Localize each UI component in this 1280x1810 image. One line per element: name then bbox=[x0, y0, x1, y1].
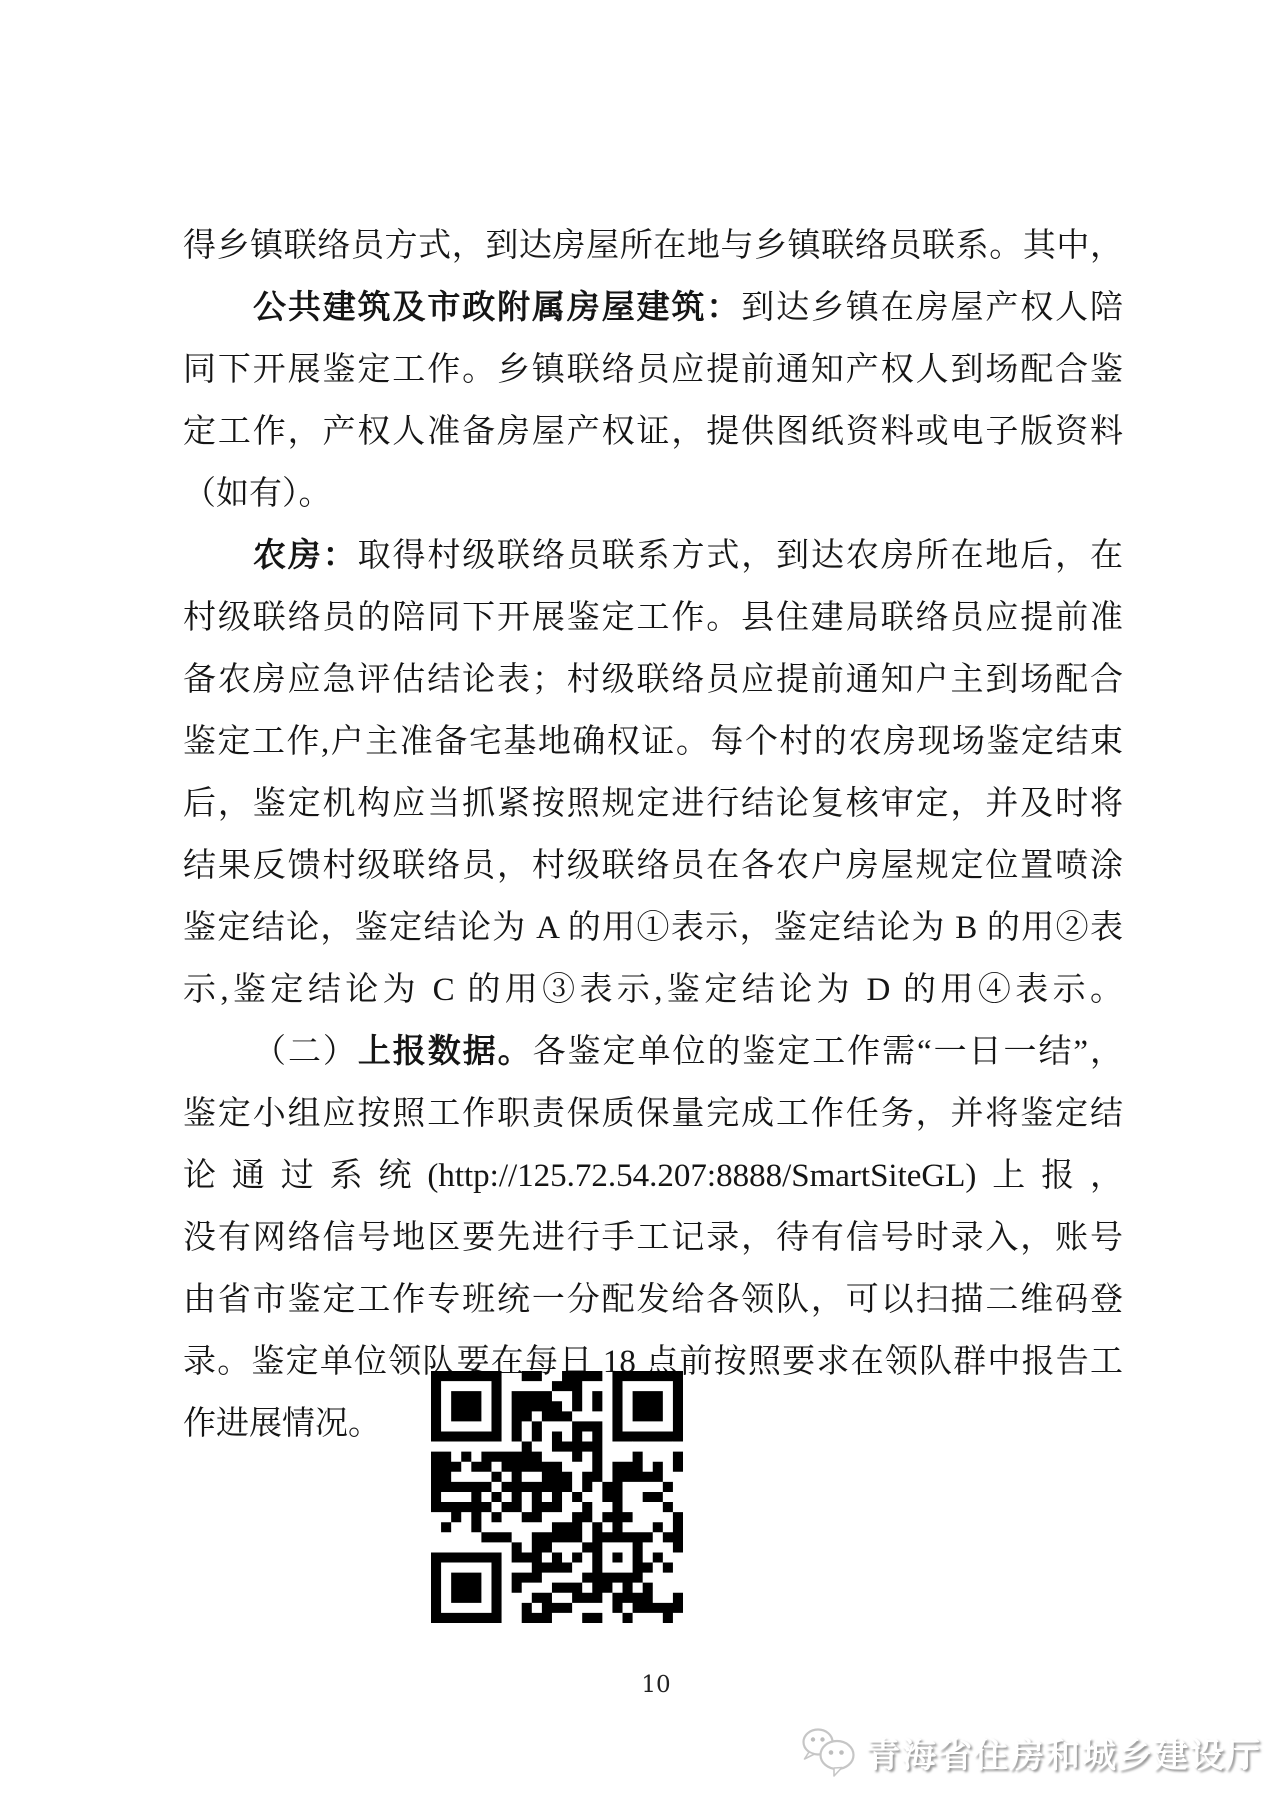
text-line: 备农房应急评估结论表；村级联络员应提前通知户主到场配合 bbox=[183, 649, 1123, 711]
text-segment: 后，鉴定机构应当抓紧按照规定进行结论复核审定，并及时将 bbox=[183, 786, 1123, 822]
text-segment: 村级联络员的陪同下开展鉴定工作。县住建局联络员应提前准 bbox=[183, 600, 1123, 636]
login-qr-code bbox=[431, 1371, 683, 1623]
text-line: 公共建筑及市政附属房屋建筑：到达乡镇在房屋产权人陪 bbox=[183, 277, 1123, 339]
text-line: 示,鉴定结论为 C 的用③表示,鉴定结论为 D 的用④表示。 bbox=[183, 959, 1123, 1021]
text-line: 农房：取得村级联络员联系方式，到达农房所在地后，在 bbox=[183, 525, 1123, 587]
text-line: 定工作，产权人准备房屋产权证，提供图纸资料或电子版资料 bbox=[183, 401, 1123, 463]
footer-watermark: 青海省住房和城乡建设厅 bbox=[800, 1722, 1262, 1782]
text-segment: 由省市鉴定工作专班统一分配发给各领队，可以扫描二维码登 bbox=[183, 1282, 1123, 1318]
text-segment: 备农房应急评估结论表；村级联络员应提前通知户主到场配合 bbox=[183, 662, 1123, 698]
text-line: 后，鉴定机构应当抓紧按照规定进行结论复核审定，并及时将 bbox=[183, 773, 1123, 835]
footer-org-name: 青海省住房和城乡建设厅 bbox=[866, 1728, 1262, 1777]
bold-text-segment: 农房： bbox=[253, 538, 358, 574]
text-line: （如有）。 bbox=[183, 463, 1123, 525]
text-segment: 论通过系统(http://125.72.54.207:8888/SmartSit… bbox=[183, 1158, 1123, 1194]
qr-modules bbox=[431, 1371, 683, 1623]
text-segment: 同下开展鉴定工作。乡镇联络员应提前通知产权人到场配合鉴 bbox=[183, 352, 1123, 388]
text-line: 鉴定工作,户主准备宅基地确权证。每个村的农房现场鉴定结束 bbox=[183, 711, 1123, 773]
text-segment: 到达乡镇在房屋产权人陪 bbox=[741, 290, 1123, 326]
bold-text-segment: 上报数据。 bbox=[358, 1034, 533, 1070]
text-line: 论通过系统(http://125.72.54.207:8888/SmartSit… bbox=[183, 1145, 1123, 1207]
text-segment: 示,鉴定结论为 C 的用③表示,鉴定结论为 D 的用④表示。 bbox=[183, 972, 1123, 1008]
text-line: 没有网络信号地区要先进行手工记录，待有信号时录入，账号 bbox=[183, 1207, 1123, 1269]
text-line: 鉴定小组应按照工作职责保质保量完成工作任务，并将鉴定结 bbox=[183, 1083, 1123, 1145]
text-line: （二）上报数据。各鉴定单位的鉴定工作需“一日一结”， bbox=[183, 1021, 1123, 1083]
bold-text-segment: 公共建筑及市政附属房屋建筑： bbox=[253, 290, 741, 326]
text-segment: 没有网络信号地区要先进行手工记录，待有信号时录入，账号 bbox=[183, 1220, 1123, 1256]
text-line: 由省市鉴定工作专班统一分配发给各领队，可以扫描二维码登 bbox=[183, 1269, 1123, 1331]
wechat-icon bbox=[800, 1726, 858, 1778]
text-segment: 作进展情况。 bbox=[183, 1406, 381, 1442]
text-segment: 鉴定工作,户主准备宅基地确权证。每个村的农房现场鉴定结束 bbox=[183, 724, 1123, 760]
text-segment: 鉴定小组应按照工作职责保质保量完成工作任务，并将鉴定结 bbox=[183, 1096, 1123, 1132]
document-page: 得乡镇联络员方式，到达房屋所在地与乡镇联络员联系。其中，公共建筑及市政附属房屋建… bbox=[0, 0, 1280, 1810]
text-line: 得乡镇联络员方式，到达房屋所在地与乡镇联络员联系。其中， bbox=[183, 215, 1123, 277]
text-line: 结果反馈村级联络员，村级联络员在各农户房屋规定位置喷涂 bbox=[183, 835, 1123, 897]
text-segment: 得乡镇联络员方式，到达房屋所在地与乡镇联络员联系。其中， bbox=[183, 228, 1123, 264]
text-line: 鉴定结论，鉴定结论为 A 的用①表示，鉴定结论为 B 的用②表 bbox=[183, 897, 1123, 959]
text-segment: 定工作，产权人准备房屋产权证，提供图纸资料或电子版资料 bbox=[183, 414, 1123, 450]
text-segment: 鉴定结论，鉴定结论为 A 的用①表示，鉴定结论为 B 的用②表 bbox=[183, 910, 1123, 946]
page-number: 10 bbox=[16, 1672, 1280, 1698]
text-segment: （如有）。 bbox=[183, 476, 332, 512]
text-segment: 结果反馈村级联络员，村级联络员在各农户房屋规定位置喷涂 bbox=[183, 848, 1123, 884]
text-segment: 取得村级联络员联系方式，到达农房所在地后，在 bbox=[358, 538, 1123, 574]
text-line: 村级联络员的陪同下开展鉴定工作。县住建局联络员应提前准 bbox=[183, 587, 1123, 649]
document-body: 得乡镇联络员方式，到达房屋所在地与乡镇联络员联系。其中，公共建筑及市政附属房屋建… bbox=[183, 215, 1123, 1455]
text-line: 同下开展鉴定工作。乡镇联络员应提前通知产权人到场配合鉴 bbox=[183, 339, 1123, 401]
text-segment: （二） bbox=[253, 1034, 358, 1070]
text-segment: 各鉴定单位的鉴定工作需“一日一结”， bbox=[533, 1034, 1123, 1070]
